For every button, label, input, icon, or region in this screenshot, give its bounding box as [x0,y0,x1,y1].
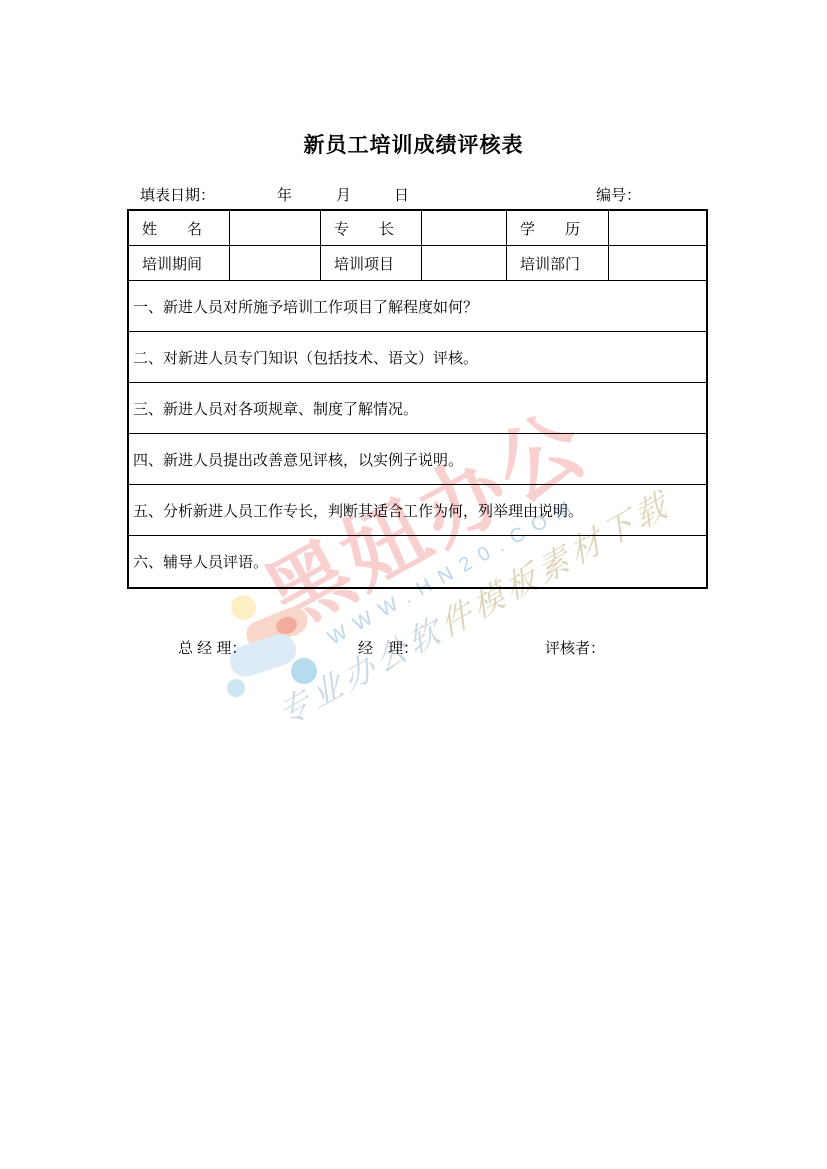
watermark-logo-cyan-blob [291,658,317,684]
evaluation-form-table: 姓 名 专 长 学 历 培训期间 培训项目 培训部门 一、新进人员对所施予培训工… [127,209,708,589]
page-title: 新员工培训成绩评核表 [0,129,827,159]
watermark-slogan-left: 专业办公软 [274,609,450,735]
signature-line: 总 经 理： 经 理： 评核者： [0,637,827,657]
watermark-logo-smallblue-blob [227,679,245,697]
general-manager-signature-label: 总 经 理： [178,637,246,658]
info-row-2: 培训期间 培训项目 培训部门 [129,246,706,281]
month-label: 月 [336,184,351,205]
training-period-value-cell[interactable] [230,246,321,280]
question-row-2: 二、对新进人员专门知识（包括技术、语文）评核。 [129,332,706,383]
info-row-1: 姓 名 专 长 学 历 [129,211,706,246]
training-department-label-cell: 培训部门 [507,246,609,280]
specialty-value-cell[interactable] [422,211,507,245]
specialty-label-cell: 专 长 [321,211,422,245]
question-row-1: 一、新进人员对所施予培训工作项目了解程度如何？ [129,281,706,332]
evaluator-signature-label: 评核者： [545,637,605,658]
training-project-value-cell[interactable] [422,246,507,280]
watermark-logo-red-blob [274,614,300,637]
training-department-value-cell[interactable] [609,246,706,280]
education-label-cell: 学 历 [507,211,609,245]
document-page: 黑妞办公 WWW.HN20.COM 专业办公软件模板素材下载 新员工培训成绩评核… [0,0,827,1169]
name-label-cell: 姓 名 [129,211,230,245]
training-project-label-cell: 培训项目 [321,246,422,280]
education-value-cell[interactable] [609,211,706,245]
fill-date-label: 填表日期： [140,184,215,205]
header-line: 填表日期： 年 月 日 编号： [0,184,827,204]
training-period-label-cell: 培训期间 [129,246,230,280]
year-label: 年 [277,184,292,205]
question-row-4: 四、新进人员提出改善意见评核，以实例子说明。 [129,434,706,485]
manager-signature-label: 经 理： [358,637,418,658]
question-row-6: 六、辅导人员评语。 [129,536,706,587]
name-value-cell[interactable] [230,211,321,245]
question-row-3: 三、新进人员对各项规章、制度了解情况。 [129,383,706,434]
question-row-5: 五、分析新进人员工作专长，判断其适合工作为何，列举理由说明。 [129,485,706,536]
serial-number-label: 编号： [596,184,641,205]
watermark-logo-yellow-blob [231,595,256,620]
day-label: 日 [394,184,409,205]
